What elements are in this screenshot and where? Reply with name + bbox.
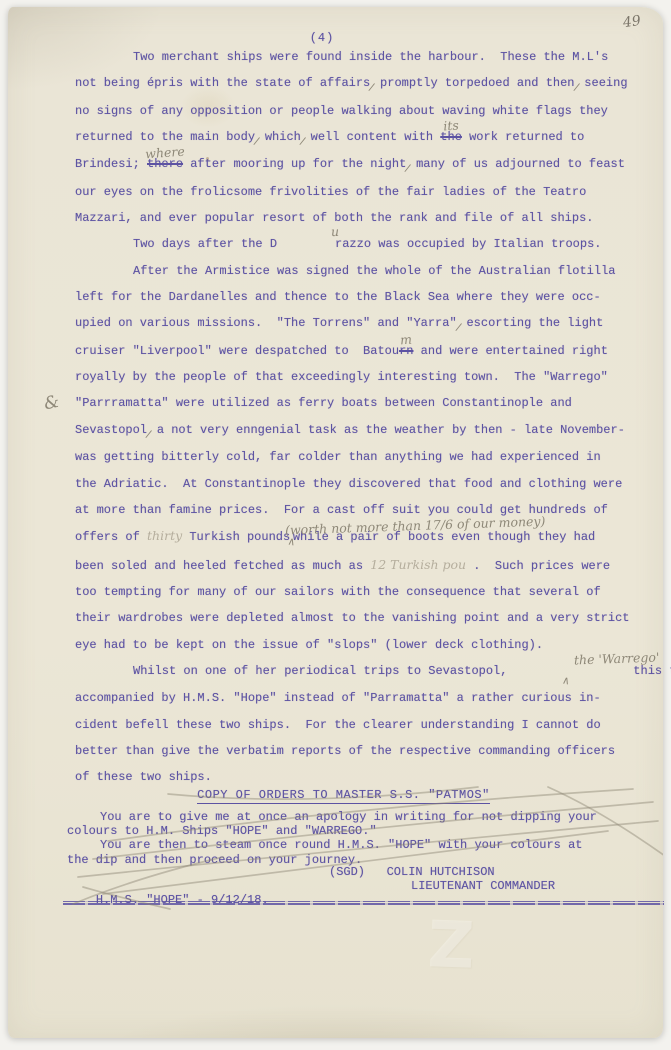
typed-line: accompanied by H.M.S. "Hope" instead of … [75, 685, 671, 711]
typed-text: returned to the main body [75, 130, 255, 144]
typed-text: . Such prices were [466, 559, 610, 573]
typed-text: upied on various missions. "The Torrens"… [75, 316, 457, 330]
typed-text: better than give the verbatim reports of… [75, 744, 615, 758]
typed-line: After the Armistice was signed the whole… [75, 258, 671, 284]
pencil-annotation: its [443, 118, 459, 133]
typed-line: Sevastopol/ a not very enngenial task as… [75, 417, 671, 444]
typed-text: after mooring up for the night [183, 157, 406, 171]
typed-text: After the Armistice was signed the whole… [133, 264, 615, 278]
typed-text: Brindesi; [75, 157, 147, 171]
typed-text: promptly torpedoed and then [373, 76, 575, 90]
typed-line: Brindesi; therewhere after mooring up fo… [75, 151, 671, 178]
typed-text: cruiser "Liverpool" were despatched to B… [75, 344, 399, 358]
typed-text: many of us adjourned to feast [409, 157, 625, 171]
typed-text: Turkish pounds [182, 530, 290, 544]
typed-text: royally by the people of that exceedingl… [75, 370, 608, 384]
corrected-word: therewhere [147, 151, 183, 177]
typed-line: Two merchant ships were found inside the… [75, 44, 671, 70]
folio-number: 49 [622, 13, 642, 31]
typed-line: was getting bitterly cold, far colder th… [75, 444, 671, 470]
typed-text: too tempting for many of our sailors wit… [75, 585, 601, 599]
typed-text: Mazzari, and ever popular resort of both… [75, 211, 593, 225]
typed-line: their wardrobes were depleted almost to … [75, 605, 671, 631]
typed-text: cident befell these two ships. For the c… [75, 718, 601, 732]
typed-text: their wardrobes were depleted almost to … [75, 611, 630, 625]
typed-text: no signs of any opposition or people wal… [75, 104, 608, 118]
typed-text: not being épris with the state of affair… [75, 76, 370, 90]
typed-line: upied on various missions. "The Torrens"… [75, 310, 671, 337]
typed-line: no signs of any opposition or people wal… [75, 98, 671, 124]
typed-text: Sevastopol [75, 423, 147, 437]
document-page-scan: 49 (4) Two merchant ships were found ins… [8, 7, 663, 1038]
typed-line: "Parrramatta" were utilized as ferry boa… [75, 390, 671, 416]
typed-text: which [258, 130, 301, 144]
typed-text: a not very enngenial task as the weather… [150, 423, 625, 437]
typed-text: Two merchant ships were found inside the… [133, 50, 608, 64]
typed-text: left for the Dardanelles and thence to t… [75, 290, 601, 304]
typed-text: and were entertained right [413, 344, 607, 358]
pencil-annotation: thirty [147, 528, 182, 543]
typed-text: seeing [577, 76, 627, 90]
typed-line: Whilst on one of her periodical trips to… [75, 658, 671, 685]
typed-text: eye had to be kept on the issue of "slop… [75, 638, 543, 652]
typed-text: work returned to [462, 130, 584, 144]
typed-text: was getting bitterly cold, far colder th… [75, 450, 601, 464]
typed-text: offers of [75, 530, 147, 544]
typed-text: Whilst on one of her periodical trips to… [133, 664, 507, 678]
corrected-word: theits [440, 124, 462, 150]
typed-line: the Adriatic. At Constantinople they dis… [75, 471, 671, 497]
typed-text: Two days after the D [133, 237, 277, 251]
typed-text: been soled and heeled fetched as much as [75, 559, 370, 573]
typed-line: offers of thirty Turkish pounds∧while a … [75, 523, 671, 551]
typed-text: escorting the light [459, 316, 603, 330]
typed-line: been soled and heeled fetched as much as… [75, 552, 671, 579]
pencil-annotation: u [273, 225, 340, 241]
typed-text: accompanied by H.M.S. "Hope" instead of … [75, 691, 601, 705]
typed-line: left for the Dardanelles and thence to t… [75, 284, 671, 310]
typed-line: better than give the verbatim reports of… [75, 738, 671, 764]
typed-line: Mazzari, and ever popular resort of both… [75, 205, 671, 231]
typed-text: this time [626, 664, 671, 678]
typed-text: "Parrramatta" were utilized as ferry boa… [75, 396, 572, 410]
corrected-word: rnm [399, 338, 413, 364]
typed-line: too tempting for many of our sailors wit… [75, 579, 671, 605]
typed-line: royally by the people of that exceedingl… [75, 364, 671, 390]
annotated-word: while a pair of boots even though they h… [293, 524, 595, 550]
typed-text: well content with [303, 130, 440, 144]
typed-text: the Adriatic. At Constantinople they dis… [75, 477, 622, 491]
annotated-word: this timethe 'Warrego' [568, 658, 671, 684]
pencil-annotation: m [400, 332, 413, 347]
typed-text: razzo [335, 237, 371, 251]
typed-line: Two days after the Drazzou was occupied … [75, 231, 671, 257]
annotated-word: razzou [277, 231, 371, 257]
typed-text: our eyes on the frolicsome frivolities o… [75, 185, 586, 199]
typed-line: not being épris with the state of affair… [75, 70, 671, 97]
typed-line: cruiser "Liverpool" were despatched to B… [75, 338, 671, 364]
screenshot-root: { "colors": { "ink": "#5d53a3", "pencil"… [0, 0, 671, 1050]
pencil-scribbles [48, 769, 663, 919]
margin-ampersand-annotation: & [42, 392, 61, 415]
pencil-annotation: 12 Turkish pou [370, 557, 466, 572]
typed-text: was occupied by Italian troops. [371, 237, 601, 251]
document-body: Two merchant ships were found inside the… [75, 44, 671, 791]
typed-line: cident befell these two ships. For the c… [75, 712, 671, 738]
page-number: (4) [67, 31, 577, 45]
typed-line: our eyes on the frolicsome frivolities o… [75, 179, 671, 205]
